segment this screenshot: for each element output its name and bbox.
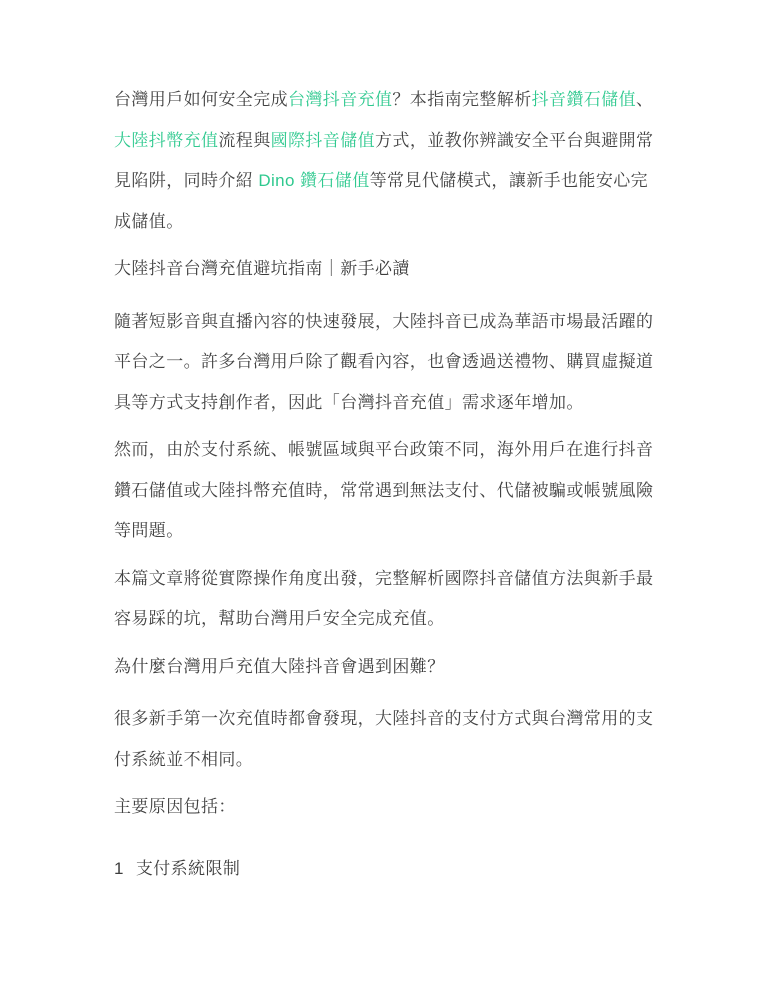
paragraph-article-purpose: 本篇文章將從實際操作角度出發，完整解析國際抖音儲值方法與新手最容易踩的坑，幫助台…: [114, 559, 654, 640]
reason-heading-payment-system-limit: 1支付系統限制: [114, 849, 654, 890]
paragraph-market-background: 隨著短影音與直播內容的快速發展，大陸抖音已成為華語市場最活躍的平台之一。許多台灣…: [114, 302, 654, 424]
intro-text-segment: 台灣用戶如何安全完成: [114, 90, 288, 109]
section-heading-avoid-pitfalls-guide: 大陸抖音台灣充值避坑指南｜新手必讀: [114, 249, 654, 290]
paragraph-newbie-discovery: 很多新手第一次充值時都會發現，大陸抖音的支付方式與台灣常用的支付系統並不相同。: [114, 699, 654, 780]
paragraph-main-reasons-intro: 主要原因包括：: [114, 787, 654, 828]
intro-text-segment: ？本指南完整解析: [392, 90, 531, 109]
section-heading-why-difficult: 為什麼台灣用戶充值大陸抖音會遇到困難？: [114, 647, 654, 688]
paragraph-payment-problems: 然而，由於支付系統、帳號區域與平台政策不同，海外用戶在進行抖音鑽石儲值或大陸抖幣…: [114, 430, 654, 552]
intro-text-segment: 流程與: [218, 131, 270, 150]
reason-title: 支付系統限制: [136, 859, 240, 878]
reason-number: 1: [114, 859, 124, 878]
intro-paragraph: 台灣用戶如何安全完成台灣抖音充值？本指南完整解析抖音鑽石儲值、大陸抖幣充值流程與…: [114, 80, 654, 242]
link-douyin-diamond-topup[interactable]: 抖音鑽石儲值: [532, 90, 636, 109]
link-international-douyin-topup[interactable]: 國際抖音儲值: [271, 131, 375, 150]
link-mainland-doubi-recharge[interactable]: 大陸抖幣充值: [114, 131, 218, 150]
link-dino-diamond-topup[interactable]: Dino 鑽石儲值: [258, 171, 369, 190]
article-content: 台灣用戶如何安全完成台灣抖音充值？本指南完整解析抖音鑽石儲值、大陸抖幣充值流程與…: [114, 80, 654, 889]
link-taiwan-douyin-recharge[interactable]: 台灣抖音充值: [288, 90, 392, 109]
intro-text-segment: 、: [636, 90, 653, 109]
article-page: 台灣用戶如何安全完成台灣抖音充值？本指南完整解析抖音鑽石儲值、大陸抖幣充值流程與…: [0, 0, 768, 994]
